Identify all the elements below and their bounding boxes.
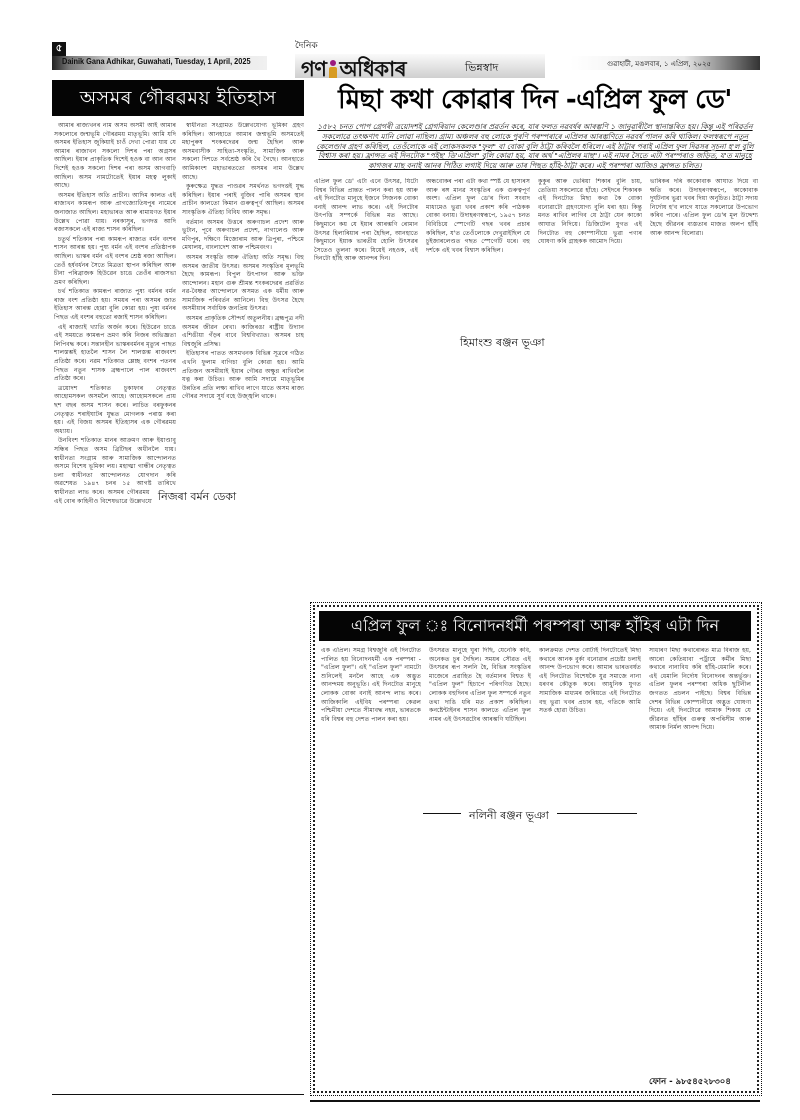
masthead: ৫ Dainik Gana Adhikar, Guwahati, Tuesday… [52,40,760,80]
boxed-story-bottom-rule [310,1100,760,1102]
main-story-column-3: কুকুৰ আৰু ভেৰিয়া শিকাৰ বুলি চায়, তেতিয… [538,178,642,594]
paragraph: ত্ৰয়োদশ শতিকাত চুকাফাৰ নেতৃত্বত আহোমসকল… [54,385,176,437]
boxed-story-column-2: উৎসৱত মানুহে ঘুৰা দিছি, যেনেকি কবি, অনেক… [429,647,531,1083]
left-story-bottom-rule [52,1094,304,1095]
paragraph: চতুৰ্থ শতিকাৰ পৰা কামৰূপ ৰাজ্যত বৰ্মন বং… [54,236,176,288]
boxed-story: এপ্ৰিল ফুল ঃ বিনোদনধৰ্মী পৰম্পৰা আৰু হাঁ… [310,602,762,1096]
paragraph: চৰ্থ শতিকাত কামৰূপ ৰাজ্যত পুষ্য বৰ্মনৰ ব… [54,288,176,322]
page-number: ৫ [52,42,66,56]
paragraph: অসমৰ ইতিহাস অতি প্ৰাচীন। আদিম কালত এই ৰা… [54,192,176,235]
main-story-byline: হিমাংশু ৰঞ্জন ভূঞা [452,330,553,357]
boxed-story-column-4: সাধাৰণ মিছা কথাৰোৰত মাত্ৰ বিৰাজ হয়, আৰো… [649,647,751,1067]
paragraph: অসমৰ সংস্কৃতি আৰু ঐতিহ্য অতি সমৃদ্ধ। বিহ… [182,254,304,314]
section-name: ভিন্নস্বাদ [465,59,498,78]
masthead-dateline-assamese: গুৱাহাটী, মঙলবাৰ, ১ এপ্ৰিল, ২০২৫ [607,58,711,70]
paragraph: বৰ্তমান অসমৰ উত্তৰে অৰুণাচল প্ৰদেশ আৰু ভ… [182,219,304,253]
paragraph: ইতিহাসৰ পাতত অসমখনক বিভিন্ন সূত্ৰৰে গঠিত… [182,350,304,402]
main-story-column-2: অন্ধবোকৰ পৰা এটা কথা স্পষ্ট যে হাস্যৰস আ… [426,178,530,594]
logo-part-1: গণ [301,57,326,81]
newspaper-page: ৫ Dainik Gana Adhikar, Guwahati, Tuesday… [52,40,760,1080]
logo-figure-icon [328,60,337,78]
left-story-column-2: স্বাধীনতা সংগ্ৰামত উল্লেখযোগ্য ভূমিকা গ্… [182,122,304,1082]
paragraph: এই ৰাজ্যাই খ্যাতি অৰ্জন কৰে। হিউৱেন চাঙে… [54,324,176,384]
main-story-column-1: এপ্ৰিল ফুল ডে' এটা এনে উৎসৱ, যিটো বিশ্বৰ… [314,178,418,594]
boxed-story-column-1: এক এপ্ৰিল। সমগ্ৰ বিশ্বজুৰি এই দিনটোত পাল… [321,647,421,1083]
contact-phone: ফোন - ৯৮৫৪৫২৮৩০৪ [649,1075,731,1089]
newspaper-logo: দৈনিক গণঅধিকাৰ ভিন্নস্বাদ [295,40,545,78]
left-story-byline: নিজৰা বৰ্মন ডেকা [152,486,242,509]
logo-prefix: দৈনিক [295,38,318,53]
main-story-intro: ১৫৮২ চনত পোপ গ্ৰেগৰী ত্ৰয়োদশই গ্ৰেগৰিয়… [314,122,756,171]
boxed-story-headline: এপ্ৰিল ফুল ঃ বিনোদনধৰ্মী পৰম্পৰা আৰু হাঁ… [319,611,751,641]
main-story-headline: মিছা কথা কোৱাৰ দিন -এপ্ৰিল ফুল ডে' [310,80,760,120]
paragraph: স্বাধীনতা সংগ্ৰামত উল্লেখযোগ্য ভূমিকা গ্… [182,122,304,182]
left-story-column-1: আমাৰ ৰাজ্যখনৰ নাম অসম অসমী আই আমাৰ সকলোৰ… [54,122,176,1082]
boxed-story-column-3: কালক্ৰমত দেশত বোটাই দিনটোতেই মিছা কথাৰে … [539,647,641,1083]
logo-part-2: অধিকাৰ [339,57,406,81]
paragraph: অসমৰ প্ৰাকৃতিক সৌন্দৰ্য অতুলনীয়। ব্ৰহ্ম… [182,315,304,349]
masthead-dateline-english: Dainik Gana Adhikar, Guwahati, Tuesday, … [62,57,251,66]
paragraph: আমাৰ ৰাজ্যখনৰ নাম অসম অসমী আই আমাৰ সকলোৰ… [54,122,176,191]
left-story-headline: অসমৰ গৌৰৱময় ইতিহাস [52,80,304,116]
main-story-column-4: ভাৰিকৰ দৰি কাকোবাক আঘাত দিয়ে বা ক্ষতি ক… [650,178,758,594]
boxed-story-byline: নলিনী ৰঞ্জন ভূঞা [461,805,557,828]
paragraph: কুৰুক্ষেত্ৰ যুদ্ধত পাণ্ডৱৰ সমৰ্থনত ভগদত্… [182,183,304,217]
